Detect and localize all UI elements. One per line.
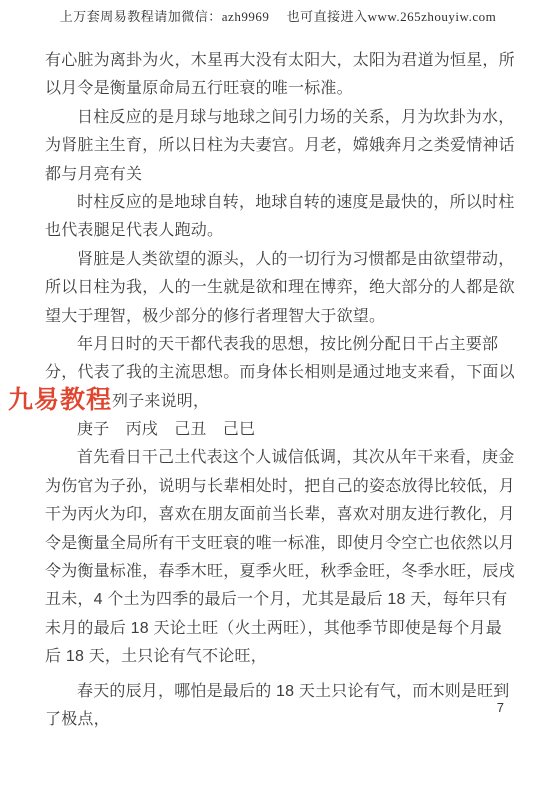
text-line: 也代表腿足代表人跑动。 (45, 217, 523, 245)
text-line-content: 日柱反应的是月球与地球之间引力场的关系，月为坎卦为水， (77, 109, 514, 126)
page-number: 7 (497, 700, 504, 715)
text-line-content: 以月令是衡量原命局五行旺衰的唯一标准。 (45, 80, 353, 97)
document-page: 上万套周易教程请加微信：azh9969 也可直接进入www.265zhouyiw… (0, 0, 556, 790)
text-line: 了极点， (45, 706, 523, 734)
text-line-content: 列子来说明， (112, 393, 209, 410)
text-line: 后 18 天，土只论有气不论旺， (45, 643, 523, 671)
text-line-content: 年月日时的天干都代表我的思想，按比例分配日干占主要部 (77, 336, 498, 353)
text-line: 未月的最后 18 天论土旺（火土两旺），其他季节即使是每个月最 (45, 615, 523, 643)
text-line: 为伤官为子孙，说明与长辈相处时，把自己的姿态放得比较低，月 (45, 473, 523, 501)
text-line: 都与月亮有关 (45, 161, 523, 189)
text-line-content: 令是衡量全局所有干支旺衰的唯一标准，即使月令空亡也依然以月 (45, 535, 515, 552)
text-line-content: 庚子 丙戌 己丑 己巳 (77, 421, 255, 438)
text-line-content: 都与月亮有关 (45, 166, 142, 183)
text-line-content: 所以日柱为我，人的一生就是欲和理在博弈，绝大部分的人都是欲 (45, 279, 515, 296)
text-line: 丑未，4 个土为四季的最后一个月，尤其是最后 18 天，每年只有 (45, 586, 523, 614)
text-line-content: 也代表腿足代表人跑动。 (45, 222, 223, 239)
text-line-content: 为肾脏主生育，所以日柱为夫妻宫。月老，嫦娥奔月之类爱情神话 (45, 137, 515, 154)
text-line-content: 首先看日干己土代表这个人诚信低调，其次从年干来看，庚金 (77, 449, 514, 466)
text-line: 分，代表了我的主流思想。而身体长相则是通过地支来看，下面以 (45, 359, 523, 387)
text-line: 以月令是衡量原命局五行旺衰的唯一标准。 (45, 75, 523, 103)
text-line: 年月日时的天干都代表我的思想，按比例分配日干占主要部 (45, 331, 523, 359)
text-line-content: 干为丙火为印，喜欢在朋友面前当长辈，喜欢对朋友进行教化，月 (45, 506, 515, 523)
text-line-content: 丑未，4 个土为四季的最后一个月，尤其是最后 18 天，每年只有 (45, 591, 507, 608)
text-line-content: 令为衡量标准，春季木旺，夏季火旺，秋季金旺，冬季水旺，辰戌 (45, 563, 515, 580)
text-line-content: 肾脏是人类欲望的源头，人的一切行为习惯都是由欲望带动， (77, 251, 514, 268)
text-line: 为肾脏主生育，所以日柱为夫妻宫。月老，嫦娥奔月之类爱情神话 (45, 132, 523, 160)
text-line-content: 时柱反应的是地球自转，地球自转的速度是最快的，所以时柱 (77, 194, 514, 211)
text-line-content: 后 18 天，土只论有气不论旺， (45, 648, 267, 665)
text-line-content: 为伤官为子孙，说明与长辈相处时，把自己的姿态放得比较低，月 (45, 478, 515, 495)
text-line: 日柱反应的是月球与地球之间引力场的关系，月为坎卦为水， (45, 104, 523, 132)
text-line: 肾脏是人类欲望的源头，人的一切行为习惯都是由欲望带动， (45, 246, 523, 274)
text-line: 令是衡量全局所有干支旺衰的唯一标准，即使月令空亡也依然以月 (45, 530, 523, 558)
text-line: 所以日柱为我，人的一生就是欲和理在博弈，绝大部分的人都是欲 (45, 274, 523, 302)
text-line: 令为衡量标准，春季木旺，夏季火旺，秋季金旺，冬季水旺，辰戌 (45, 558, 523, 586)
page-header-text: 上万套周易教程请加微信：azh9969 也可直接进入www.265zhouyiw… (0, 6, 556, 25)
text-line: 庚子 丙戌 己丑 己巳 (45, 416, 523, 444)
text-line-content: 春天的辰月，哪怕是最后的 18 天土只论有气，而木则是旺到 (77, 683, 510, 700)
text-line: 春天的辰月，哪怕是最后的 18 天土只论有气，而木则是旺到 (45, 678, 523, 706)
text-line-content: 有心脏为离卦为火，木星再大没有太阳大，太阳为君道为恒星，所 (45, 52, 515, 69)
text-line-content: 分，代表了我的主流思想。而身体长相则是通过地支来看，下面以 (45, 364, 515, 381)
text-line-content: 了极点， (45, 711, 110, 728)
text-line: 有心脏为离卦为火，木星再大没有太阳大，太阳为君道为恒星，所 (45, 47, 523, 75)
text-line: 九易教程列子来说明， (45, 388, 523, 416)
text-line-content: 望大于理智，极少部分的修行者理智大于欲望。 (45, 308, 385, 325)
watermark: 九易教程 (8, 385, 112, 415)
text-line: 干为丙火为印，喜欢在朋友面前当长辈，喜欢对朋友进行教化，月 (45, 501, 523, 529)
text-line: 望大于理智，极少部分的修行者理智大于欲望。 (45, 303, 523, 331)
text-line-content: 未月的最后 18 天论土旺（火土两旺），其他季节即使是每个月最 (45, 620, 502, 637)
body-text: 有心脏为离卦为火，木星再大没有太阳大，太阳为君道为恒星，所以月令是衡量原命局五行… (45, 47, 523, 734)
text-line: 时柱反应的是地球自转，地球自转的速度是最快的，所以时柱 (45, 189, 523, 217)
text-line: 首先看日干己土代表这个人诚信低调，其次从年干来看，庚金 (45, 444, 523, 472)
